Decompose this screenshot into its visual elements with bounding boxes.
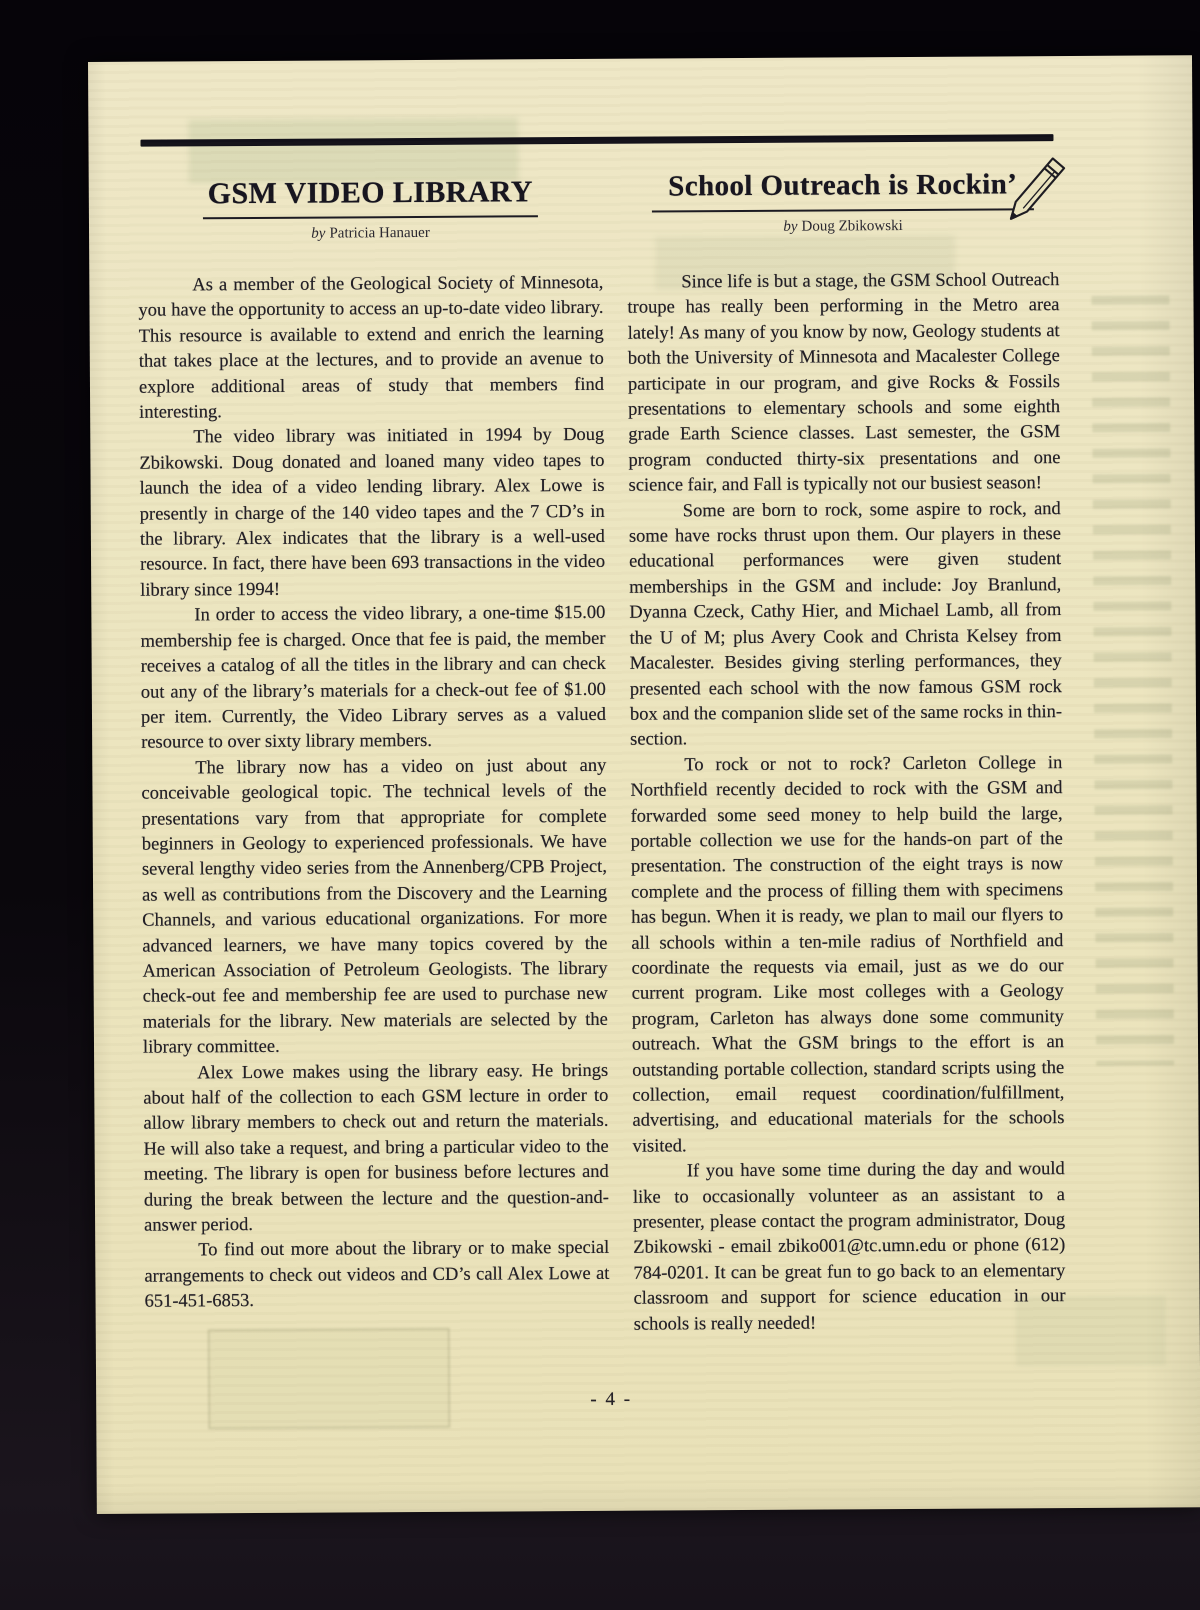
scanned-page: GSM VIDEO LIBRARY byPatricia Hanauer Sch…: [88, 55, 1200, 1514]
article-paragraph: Some are born to rock, some aspire to ro…: [629, 497, 1063, 754]
article-paragraph: In order to access the video library, a …: [140, 601, 606, 756]
byline-prefix: by: [783, 219, 797, 235]
page-top-rule: [140, 134, 1053, 147]
pencil-icon: [1007, 151, 1072, 237]
left-article-title: GSM VIDEO LIBRARY: [138, 175, 603, 211]
article-paragraph: To rock or not to rock? Carleton College…: [630, 751, 1064, 1160]
scanner-background: GSM VIDEO LIBRARY byPatricia Hanauer Sch…: [0, 0, 1200, 1610]
right-article-title: School Outreach is Rockin’: [647, 169, 1039, 203]
article-paragraph: To find out more about the library or to…: [144, 1236, 609, 1315]
byline-prefix: by: [311, 226, 325, 242]
left-article-body: As a member of the Geological Society of…: [138, 271, 609, 1315]
article-paragraph: Alex Lowe makes using the library easy. …: [143, 1058, 609, 1239]
article-paragraph: If you have some time during the day and…: [633, 1157, 1066, 1337]
show-through-artifact: [208, 1328, 451, 1429]
byline-author: Doug Zbikowski: [801, 218, 902, 235]
title-underline: [652, 208, 1034, 212]
show-through-artifact: [188, 117, 518, 183]
byline-author: Patricia Hanauer: [329, 225, 429, 242]
title-underline: [203, 215, 538, 219]
article-paragraph: As a member of the Geological Society of…: [138, 271, 604, 426]
article-paragraph: Since life is but a stage, the GSM Schoo…: [627, 268, 1060, 499]
left-article-byline: byPatricia Hanauer: [138, 224, 603, 244]
article-paragraph: The video library was initiated in 1994 …: [139, 423, 605, 604]
right-article-header: School Outreach is Rockin’ byDoug Zbikow…: [627, 169, 1059, 237]
page-number: - 4 -: [516, 1388, 706, 1411]
show-through-artifact: [1091, 295, 1174, 1065]
right-article-body: Since life is but a stage, the GSM Schoo…: [627, 268, 1066, 1338]
right-article-byline: byDoug Zbikowski: [627, 217, 1059, 237]
left-article-header: GSM VIDEO LIBRARY byPatricia Hanauer: [138, 175, 603, 244]
article-paragraph: The library now has a video on just abou…: [141, 754, 608, 1062]
